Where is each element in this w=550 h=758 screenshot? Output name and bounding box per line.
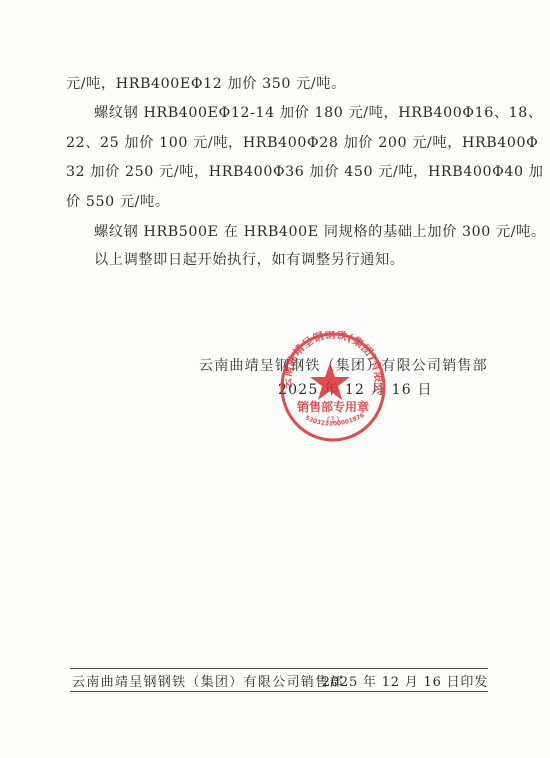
- footer-issuer: 云南曲靖呈钢钢铁（集团）有限公司销售部: [72, 671, 344, 690]
- document-page: 元/吨，HRB400EΦ12 加价 350 元/吨。 螺纹钢 HRB400EΦ1…: [0, 0, 550, 758]
- body-line-4: 32 加价 250 元/吨，HRB400Φ36 加价 450 元/吨，HRB40…: [66, 163, 544, 181]
- body-line-3: 22、25 加价 100 元/吨，HRB400Φ28 加价 200 元/吨，HR…: [66, 134, 538, 152]
- star-icon: [310, 363, 350, 400]
- body-line-2: 螺纹钢 HRB400EΦ12-14 加价 180 元/吨，HRB400Φ16、1…: [94, 104, 543, 122]
- document-footer: 云南曲靖呈钢钢铁（集团）有限公司销售部 2025 年 12 月 16 日印发: [70, 668, 488, 692]
- body-line-6: 螺纹钢 HRB500E 在 HRB400E 同规格的基础上加价 300 元/吨。: [94, 223, 546, 241]
- svg-text:销售部专用章: 销售部专用章: [297, 399, 369, 414]
- body-line-1: 元/吨，HRB400EΦ12 加价 350 元/吨。: [66, 75, 346, 93]
- body-line-7: 以上调整即日起开始执行，如有调整另行通知。: [94, 251, 405, 269]
- official-seal: 云南曲靖呈钢钢铁(集团)有限公司 销售部专用章 (1) 530321100001…: [279, 331, 387, 443]
- footer-issue-date: 2025 年 12 月 16 日印发: [322, 671, 488, 690]
- body-line-5: 价 550 元/吨。: [66, 193, 170, 211]
